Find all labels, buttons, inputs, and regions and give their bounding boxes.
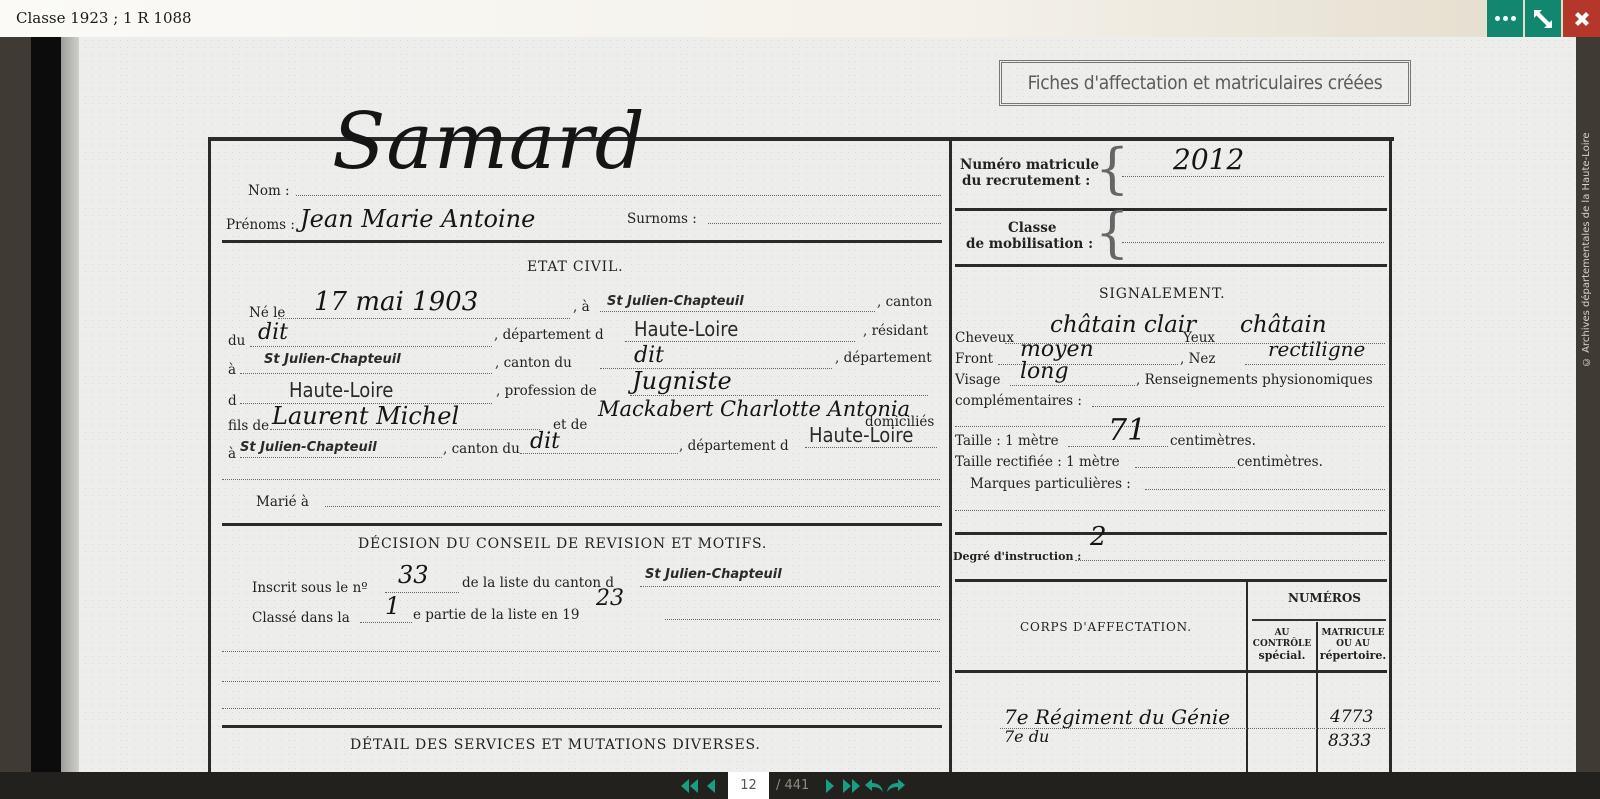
rule: [222, 240, 942, 243]
rule: [955, 208, 1387, 211]
rule: [1252, 619, 1386, 621]
canton3-label: , canton du: [443, 441, 520, 457]
centimetres-label: centimètres.: [1170, 433, 1256, 449]
page-total: / 441: [776, 778, 809, 793]
taille-value: 71: [1108, 413, 1146, 448]
rotate-right-icon: [886, 778, 906, 794]
pager-right: [819, 772, 907, 799]
departement-label: , département d: [494, 327, 604, 343]
classe-dans-label: Classé dans la: [252, 610, 350, 626]
copyright-notice: © Archives départementales de la Haute-L…: [1581, 67, 1595, 367]
rule: [222, 523, 942, 526]
close-icon: [1572, 9, 1592, 29]
rule: [955, 532, 1387, 535]
residant-label: , résidant: [863, 323, 928, 339]
page-fold: [61, 37, 79, 772]
dotted-line: [625, 341, 855, 342]
matricule-row-1: 4773: [1330, 707, 1373, 727]
chevron-right-icon: [824, 778, 836, 794]
inscrit-label: Inscrit sous le nº: [252, 580, 368, 596]
matricule-col-header: MATRICULE OU AU répertoire.: [1318, 628, 1388, 661]
window-title: Classe 1923 ; 1 R 1088: [16, 9, 192, 27]
dotted-line: [325, 506, 940, 507]
controle-col-header: AU CONTRÔLE spécial.: [1250, 628, 1314, 661]
close-button[interactable]: [1563, 0, 1600, 37]
a3-label: à: [228, 446, 236, 462]
double-chevron-right-icon: [842, 778, 862, 794]
nom-label: Nom :: [248, 183, 290, 199]
liste-canton: St Julien-Chapteuil: [645, 567, 782, 582]
dotted-line: [250, 346, 492, 347]
dotted-line: [222, 708, 940, 709]
ellipsis-icon: [1495, 16, 1516, 21]
previous-page-button[interactable]: [700, 772, 722, 799]
rule: [955, 579, 1387, 582]
corps-row-2: 7e du: [1004, 727, 1049, 746]
departement2-label: , département: [835, 350, 932, 366]
taille-rect-label: Taille rectifiée : 1 mètre: [955, 454, 1120, 470]
pager-left: [678, 772, 722, 799]
lieu-naissance: St Julien-Chapteuil: [607, 294, 744, 309]
controle-au: AU: [1250, 628, 1314, 639]
canton2-value: dit: [634, 343, 664, 368]
yeux-value: châtain: [1240, 312, 1327, 338]
dotted-line: [240, 373, 492, 374]
etat-civil-heading: ETAT CIVIL.: [527, 259, 623, 275]
cheveux-value: châtain clair: [1050, 312, 1196, 338]
form-right-border: [1389, 137, 1392, 772]
partie-year: 23: [596, 586, 624, 611]
classe-dans-value: 1: [385, 592, 400, 620]
a-label: , à: [573, 299, 590, 315]
dotted-line: [296, 195, 941, 196]
dotted-line: [955, 510, 1385, 511]
centimetres2-label: centimètres.: [1237, 454, 1323, 470]
nom-value: Samard: [332, 97, 646, 187]
classe-mob-label: Classe: [1008, 220, 1056, 236]
dotted-line: [270, 429, 540, 430]
front-label: Front: [955, 351, 993, 367]
expand-arrows-icon: [1532, 8, 1554, 30]
dotted-line: [222, 681, 940, 682]
nez-value: rectiligne: [1268, 337, 1365, 361]
brace: {: [1095, 201, 1129, 264]
rotate-left-icon: [864, 778, 884, 794]
dotted-line: [1092, 406, 1384, 407]
stamp-fiches: Fiches d'affectation et matriculaires cr…: [999, 60, 1411, 106]
fils-label: fils de: [228, 418, 269, 434]
prenoms-label: Prénoms :: [226, 217, 295, 233]
rotate-right-button[interactable]: [885, 772, 907, 799]
rotate-left-button[interactable]: [863, 772, 885, 799]
ne-le-value: 17 mai 1903: [314, 287, 478, 317]
pere-value: Laurent Michel: [272, 402, 459, 430]
dotted-line: [600, 311, 875, 312]
profession-value: Jugniste: [632, 367, 732, 395]
next-page-button[interactable]: [819, 772, 841, 799]
degre-label: Degré d'instruction :: [953, 550, 1081, 563]
matricule-row-2: 8333: [1328, 731, 1371, 751]
detail-heading: DÉTAIL DES SERVICES ET MUTATIONS DIVERSE…: [350, 737, 761, 753]
surnoms-label: Surnoms :: [627, 211, 697, 227]
double-chevron-left-icon: [679, 778, 699, 794]
canton3-value: dit: [530, 429, 560, 454]
rule: [222, 725, 942, 728]
degre-value: 2: [1090, 522, 1107, 552]
dotted-line: [1245, 364, 1385, 365]
inscrit-value: 33: [398, 561, 429, 589]
corps-heading: CORPS D'AFFECTATION.: [1020, 620, 1192, 634]
renseignements-label: , Renseignements physionomiques: [1136, 372, 1373, 388]
d-label: d: [228, 393, 237, 409]
title-bar: Classe 1923 ; 1 R 1088: [0, 0, 1600, 37]
dotted-line: [278, 318, 570, 319]
dotted-line: [1068, 446, 1168, 447]
domicile: St Julien-Chapteuil: [240, 440, 377, 455]
column-divider: [949, 137, 952, 772]
numeros-heading: NUMÉROS: [1288, 591, 1361, 605]
numero-matricule-value: 2012: [1173, 143, 1244, 176]
rule: [955, 264, 1387, 267]
du-label: du: [228, 333, 245, 349]
dotted-line: [1010, 385, 1135, 386]
dotted-line: [630, 395, 928, 396]
matricule-text: MATRICULE: [1318, 628, 1388, 639]
liste-label: de la liste du canton d: [462, 575, 614, 591]
departement3-label: , département d: [679, 438, 789, 454]
controle-special: spécial.: [1250, 650, 1314, 661]
profession-label: , profession de: [496, 383, 597, 399]
marie-label: Marié à: [256, 494, 309, 510]
more-options-button[interactable]: [1487, 0, 1523, 37]
numero-matricule-label: Numéro matricule: [960, 157, 1099, 173]
dotted-line: [1122, 242, 1384, 243]
signalement-heading: SIGNALEMENT.: [1099, 286, 1225, 302]
fullscreen-button[interactable]: [1525, 0, 1561, 37]
chevron-left-icon: [705, 778, 717, 794]
dotted-line: [360, 622, 412, 623]
dotted-line: [240, 457, 442, 458]
canton-value: dit: [258, 320, 288, 345]
departement2-value: Haute-Loire: [289, 378, 393, 402]
departement3-value: Haute-Loire: [809, 423, 913, 447]
rule: [955, 670, 1387, 673]
a2-label: à: [228, 362, 236, 378]
visage-value: long: [1020, 359, 1069, 384]
dotted-line: [1122, 176, 1384, 177]
classe-mob-label-2: de mobilisation :: [966, 236, 1093, 252]
dotted-line: [520, 453, 678, 454]
dotted-line: [1075, 560, 1385, 561]
dotted-line: [955, 426, 1385, 427]
dotted-line: [1135, 467, 1235, 468]
visage-label: Visage: [955, 372, 1000, 388]
col-divider: [1246, 582, 1248, 772]
dotted-line: [805, 447, 937, 448]
corps-row-1: 7e Régiment du Génie: [1004, 705, 1230, 729]
decision-heading: DÉCISION DU CONSEIL DE REVISION ET MOTIF…: [358, 536, 767, 552]
complementaires-label: complémentaires :: [955, 393, 1082, 409]
scan-edge: [31, 37, 63, 772]
mere-value: Mackabert Charlotte Antonia: [598, 397, 910, 421]
dotted-line: [708, 223, 941, 224]
dotted-line: [665, 619, 940, 620]
nez-label: , Nez: [1180, 351, 1216, 367]
canton2-label: , canton du: [495, 355, 572, 371]
taille-label: Taille : 1 mètre: [955, 433, 1059, 449]
departement-value: Haute-Loire: [634, 317, 738, 341]
dotted-line: [222, 479, 940, 480]
page-number-input[interactable]: [728, 772, 769, 799]
numero-matricule-label-2: du recrutement :: [962, 173, 1090, 189]
residence: St Julien-Chapteuil: [264, 352, 401, 367]
last-page-button[interactable]: [841, 772, 863, 799]
document-viewer[interactable]: © Archives départementales de la Haute-L…: [0, 37, 1600, 772]
matricule-repertoire: répertoire.: [1318, 650, 1388, 661]
partie-label: e partie de la liste en 19: [413, 607, 579, 623]
dotted-line: [1145, 489, 1385, 490]
dotted-line: [640, 586, 940, 587]
dotted-line: [1000, 728, 1385, 729]
canton-label: , canton: [877, 294, 932, 310]
marques-label: Marques particulières :: [970, 476, 1131, 492]
brace: {: [1095, 137, 1129, 200]
first-page-button[interactable]: [678, 772, 700, 799]
prenoms-value: Jean Marie Antoine: [300, 205, 535, 233]
dotted-line: [222, 651, 940, 652]
